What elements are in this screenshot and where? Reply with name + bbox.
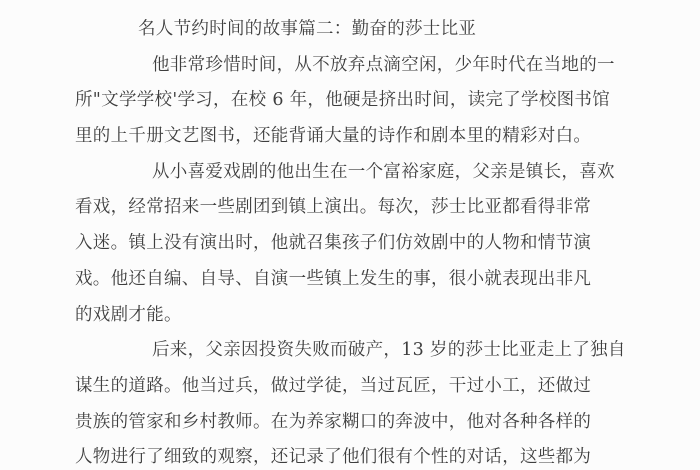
paragraph-3-line-3: 贵族的管家和乡村教师。在为养家糊口的奔波中，他对各种各样的 bbox=[75, 405, 700, 441]
paragraph-2-line-2: 看戏，经常招来一些剧团到镇上演出。每次，莎士比亚都看得非常 bbox=[75, 190, 700, 226]
paragraph-2-line-4: 戏。他还自编、自导、自演一些镇上发生的事，很小就表现出非凡 bbox=[75, 262, 700, 298]
paragraph-1-line-2: 所"文学学校'学习，在校 6 年，他硬是挤出时间，读完了学校图书馆 bbox=[75, 83, 700, 119]
paragraph-3-line-1: 后来，父亲因投资失败而破产，13 岁的莎士比亚走上了独自 bbox=[152, 333, 700, 369]
paragraph-2-line-5: 的戏剧才能。 bbox=[75, 298, 700, 334]
paragraph-3-line-4: 人物进行了细致的观察，还记录了他们很有个性的对话，这些都为 bbox=[75, 440, 700, 470]
paragraph-2-line-1: 从小喜爱戏剧的他出生在一个富裕家庭，父亲是镇长，喜欢 bbox=[152, 155, 700, 191]
paragraph-2-line-3: 入迷。镇上没有演出时，他就召集孩子们仿效剧中的人物和情节演 bbox=[75, 226, 700, 262]
paragraph-1-line-3: 里的上千册文艺图书，还能背诵大量的诗作和剧本里的精彩对白。 bbox=[75, 119, 700, 155]
paragraph-1-line-1: 他非常珍惜时间，从不放弃点滴空闲，少年时代在当地的一 bbox=[152, 48, 700, 84]
document-title: 名人节约时间的故事篇二：勤奋的莎士比亚 bbox=[138, 12, 700, 48]
document-page: 名人节约时间的故事篇二：勤奋的莎士比亚 他非常珍惜时间，从不放弃点滴空闲，少年时… bbox=[0, 0, 700, 470]
paragraph-3-line-2: 谋生的道路。他当过兵，做过学徒，当过瓦匠，干过小工，还做过 bbox=[75, 369, 700, 405]
